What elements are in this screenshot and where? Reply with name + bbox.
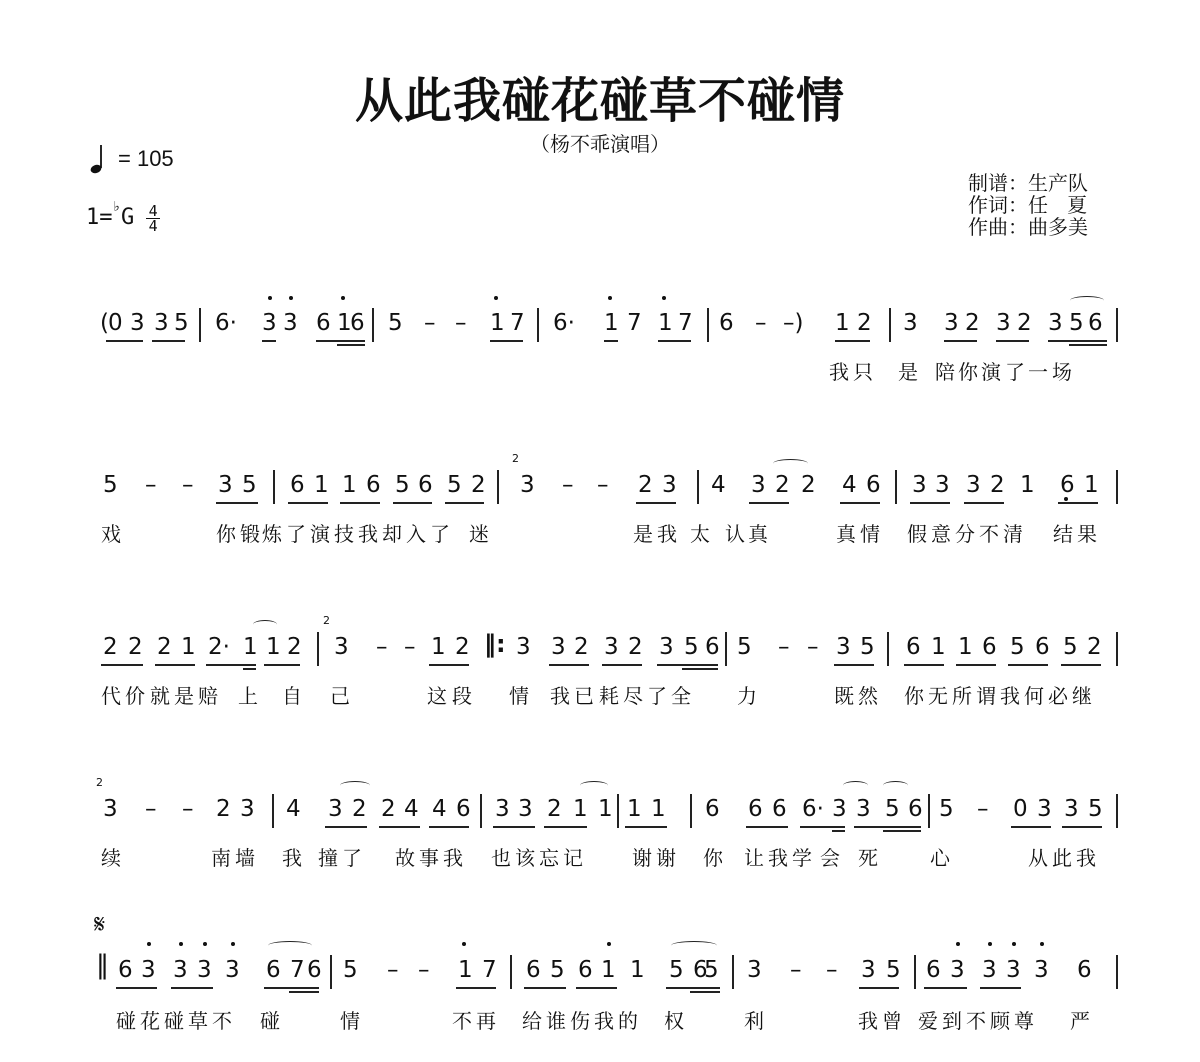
- lyric-char: 碰: [116, 1005, 136, 1034]
- underline-beam: [746, 826, 788, 828]
- lyric-char: 真: [836, 518, 856, 547]
- underline-beam: [956, 664, 996, 666]
- note: 7: [678, 310, 693, 336]
- underline-beam: [1008, 664, 1048, 666]
- slur-arc: [843, 781, 868, 790]
- note: 6: [418, 472, 433, 498]
- underline-beam: [337, 340, 365, 342]
- note: 6·: [802, 796, 824, 822]
- note: –: [597, 472, 609, 498]
- underline-beam: [445, 502, 484, 504]
- lyric-char: 权: [664, 1005, 684, 1034]
- lyric-char: 爱: [918, 1005, 938, 1034]
- note: 1: [651, 796, 666, 822]
- note: 6: [1077, 957, 1092, 983]
- note: 1: [342, 472, 357, 498]
- lyric-char: 代: [101, 680, 121, 709]
- note: 7: [627, 310, 642, 336]
- note: 6: [350, 310, 365, 336]
- note: 5: [447, 472, 462, 498]
- lyric-char: 你: [216, 518, 236, 547]
- grace-note: 2: [512, 452, 519, 465]
- note: 5: [704, 957, 719, 983]
- note: 2: [381, 796, 396, 822]
- note: 3: [328, 796, 343, 822]
- barline: [889, 308, 891, 342]
- lyric-char: 了: [286, 518, 306, 547]
- lyric-char: 花: [140, 1005, 160, 1034]
- barline: [895, 470, 897, 504]
- note: 1: [1020, 472, 1035, 498]
- lyric-char: 不: [966, 1005, 986, 1034]
- underline-beam: [980, 987, 1021, 989]
- note: 1: [266, 634, 281, 660]
- note: 2·: [208, 634, 230, 660]
- octave-dot: [956, 942, 960, 946]
- underline-beam: [800, 826, 845, 828]
- lyric-char: 会: [820, 842, 840, 871]
- lyric-char: 上: [238, 680, 258, 709]
- lyric-char: 记: [563, 842, 583, 871]
- slur-arc: [1070, 296, 1104, 305]
- lyrics-row: 碰花碰草不碰情不再给谁伤我的权利我曾爱到不顾尊严: [0, 1005, 1200, 1035]
- note: 1: [958, 634, 973, 660]
- lyrics-row: 戏你锻炼了演技我却入了迷是我太认真真情假意分不清结果: [0, 518, 1200, 548]
- underline-beam: [666, 987, 720, 989]
- song-title: 从此我碰花碰草不碰情: [0, 62, 1200, 131]
- underline-beam: [944, 340, 977, 342]
- lyric-char: 我: [768, 842, 788, 871]
- underline-beam: [964, 502, 1004, 504]
- note: 1: [243, 634, 258, 660]
- note: 1: [601, 957, 616, 983]
- note: 6: [866, 472, 881, 498]
- lyric-char: 此: [1052, 842, 1072, 871]
- lyric-char: 学: [792, 842, 812, 871]
- lyric-char: 谓: [976, 680, 996, 709]
- lyric-char: 我: [282, 842, 302, 871]
- underline-beam: [340, 502, 380, 504]
- underline-beam: [379, 826, 420, 828]
- underline-beam: [657, 664, 718, 666]
- lyric-char: 顾: [990, 1005, 1010, 1034]
- lyric-char: 谁: [546, 1005, 566, 1034]
- lyric-char: 迷: [469, 518, 489, 547]
- lyric-char: 让: [744, 842, 764, 871]
- lyric-char: 故: [395, 842, 415, 871]
- note: 2: [157, 634, 172, 660]
- note: 6: [578, 957, 593, 983]
- octave-dot: [179, 942, 183, 946]
- octave-dot: [608, 296, 612, 300]
- lyric-char: 所: [952, 680, 972, 709]
- key-prefix: 1=: [86, 205, 113, 230]
- note: 3: [1037, 796, 1052, 822]
- note: 4: [404, 796, 419, 822]
- lyric-char: 既: [834, 680, 854, 709]
- lyric-char: 演: [981, 356, 1001, 385]
- lyric-char: 入: [406, 518, 426, 547]
- lyric-char: 何: [1024, 680, 1044, 709]
- note: 3: [141, 957, 156, 983]
- underline-beam: [832, 830, 845, 832]
- barline: [272, 794, 274, 828]
- octave-dot: [147, 942, 151, 946]
- note: 6: [982, 634, 997, 660]
- underline-beam: [636, 502, 676, 504]
- lyric-char: 也: [491, 842, 511, 871]
- lyric-char: 情: [860, 518, 880, 547]
- barline: [199, 308, 201, 342]
- note: 5: [737, 634, 752, 660]
- note: 6: [290, 472, 305, 498]
- underline-beam: [524, 987, 566, 989]
- note: –: [826, 957, 838, 983]
- underline-beam: [576, 987, 617, 989]
- note: 6: [1088, 310, 1103, 336]
- underline-beam: [289, 991, 319, 993]
- note: 1: [630, 957, 645, 983]
- note: 5: [103, 472, 118, 498]
- note: 3: [747, 957, 762, 983]
- grace-note: 2: [96, 776, 103, 789]
- note: 5: [343, 957, 358, 983]
- note: –: [404, 634, 416, 660]
- underline-beam: [1061, 664, 1101, 666]
- underline-beam: [393, 502, 432, 504]
- lyric-char: 墙: [235, 842, 255, 871]
- underline-beam: [910, 502, 950, 504]
- note: 6·: [215, 310, 237, 336]
- note: 1: [931, 634, 946, 660]
- underline-beam: [264, 987, 319, 989]
- barline: [928, 794, 930, 828]
- lyric-char: 只: [853, 356, 873, 385]
- segno-icon: 𝄋: [94, 910, 105, 941]
- note: 2: [128, 634, 143, 660]
- note: 2: [547, 796, 562, 822]
- barline: [372, 308, 374, 342]
- note: 3: [518, 796, 533, 822]
- lyric-char: 然: [858, 680, 878, 709]
- barline: [1116, 794, 1118, 828]
- underline-beam: [749, 502, 789, 504]
- lyric-char: 我: [550, 680, 570, 709]
- note: 2: [471, 472, 486, 498]
- underline-beam: [1058, 502, 1098, 504]
- note: 4: [432, 796, 447, 822]
- underline-beam: [1062, 826, 1102, 828]
- time-signature: 4 4: [146, 204, 160, 233]
- barline: [537, 308, 539, 342]
- lyric-char: 炼: [262, 518, 282, 547]
- underline-beam: [243, 668, 256, 670]
- note: –: [387, 957, 399, 983]
- note: 5: [388, 310, 403, 336]
- lyric-char: 心: [930, 842, 950, 871]
- note: 3: [551, 634, 566, 660]
- lyrics-row: 续南墙我撞了故事我也该忘记谢谢你让我学会死心从此我: [0, 842, 1200, 872]
- note: 6: [705, 634, 720, 660]
- note: 1: [490, 310, 505, 336]
- note: 4: [711, 472, 726, 498]
- note: 1: [1084, 472, 1099, 498]
- note: 2: [857, 310, 872, 336]
- underline-beam: [456, 987, 496, 989]
- note: 5: [242, 472, 257, 498]
- lyric-char: 陪: [935, 356, 955, 385]
- note: 3: [1006, 957, 1021, 983]
- lyric-char: 我: [829, 356, 849, 385]
- slur-arc: [340, 781, 370, 790]
- lyric-char: 从: [1028, 842, 1048, 871]
- note: 2: [103, 634, 118, 660]
- lyric-char: 你: [703, 842, 723, 871]
- note: 5: [886, 957, 901, 983]
- underline-beam: [835, 340, 870, 342]
- octave-dot: [462, 942, 466, 946]
- lyric-char: 却: [382, 518, 402, 547]
- underline-beam: [625, 826, 667, 828]
- note: 6: [526, 957, 541, 983]
- underline-beam: [1011, 826, 1051, 828]
- note: 3: [225, 957, 240, 983]
- note: 3: [240, 796, 255, 822]
- octave-dot: [268, 296, 272, 300]
- lyric-char: 的: [618, 1005, 638, 1034]
- note: 5: [939, 796, 954, 822]
- underline-beam: [493, 826, 535, 828]
- lyric-char: 南: [211, 842, 231, 871]
- lyric-char: 是: [174, 680, 194, 709]
- lyric-char: 赔: [198, 680, 218, 709]
- lyric-char: 忘: [539, 842, 559, 871]
- song-subtitle: （杨不乖演唱）: [0, 128, 1200, 157]
- note: 3: [130, 310, 145, 336]
- slur-arc: [671, 941, 717, 950]
- note: –: [376, 634, 388, 660]
- barline: [690, 794, 692, 828]
- note: 6: [266, 957, 281, 983]
- time-top: 4: [149, 204, 158, 218]
- barline: [497, 470, 499, 504]
- note: –: [977, 796, 989, 822]
- barline: [330, 955, 332, 989]
- octave-dot: [1040, 942, 1044, 946]
- lyric-char: 严: [1070, 1005, 1090, 1034]
- note: 2: [352, 796, 367, 822]
- note: 2: [455, 634, 470, 660]
- lyric-char: 伤: [570, 1005, 590, 1034]
- note: 3: [218, 472, 233, 498]
- lyric-char: 我: [594, 1005, 614, 1034]
- lyric-char: 耗: [599, 680, 619, 709]
- lyric-char: 我: [657, 518, 677, 547]
- octave-dot: [231, 942, 235, 946]
- slur-arc: [268, 941, 312, 950]
- barline: [273, 470, 275, 504]
- underline-beam: [288, 502, 328, 504]
- key-tonic: G: [121, 205, 134, 230]
- note: 0: [108, 310, 123, 336]
- note: 2: [965, 310, 980, 336]
- lyric-char: 你: [904, 680, 924, 709]
- lyric-char: 不: [979, 518, 999, 547]
- note: 5: [395, 472, 410, 498]
- underline-beam: [337, 344, 365, 346]
- underline-beam: [544, 826, 587, 828]
- note: 6: [719, 310, 734, 336]
- lyric-char: 利: [744, 1005, 764, 1034]
- credit-composer: 作曲：曲多美: [968, 216, 1088, 238]
- lyric-char: 段: [452, 680, 472, 709]
- note: 3: [966, 472, 981, 498]
- lyric-char: 已: [574, 680, 594, 709]
- lyric-char: 谢: [656, 842, 676, 871]
- slur-arc: [253, 620, 277, 629]
- note: 6: [316, 310, 331, 336]
- barline: [1116, 632, 1118, 666]
- lyric-char: 给: [522, 1005, 542, 1034]
- note: –: [145, 796, 157, 822]
- lyric-char: 情: [509, 680, 529, 709]
- lyric-char: 草: [188, 1005, 208, 1034]
- underline-beam: [1048, 340, 1107, 342]
- note: –: [562, 472, 574, 498]
- note: 6: [926, 957, 941, 983]
- underline-beam: [859, 987, 899, 989]
- note: 5: [885, 796, 900, 822]
- underline-beam: [106, 340, 143, 342]
- barline: [317, 632, 319, 666]
- note: 3: [903, 310, 918, 336]
- note: 1: [598, 796, 613, 822]
- octave-dot: [1064, 497, 1068, 501]
- credit-lyricist: 作词：任 夏: [968, 194, 1088, 216]
- note: 1: [604, 310, 619, 336]
- note: 3: [1034, 957, 1049, 983]
- notation-row: 22212·1123––12332323565––3561165652: [0, 628, 1200, 672]
- lyric-char: 价: [125, 680, 145, 709]
- note: 3: [334, 634, 349, 660]
- note: 3: [1048, 310, 1063, 336]
- lyric-char: 我: [443, 842, 463, 871]
- underline-beam: [171, 987, 213, 989]
- note: 5: [860, 634, 875, 660]
- octave-dot: [494, 296, 498, 300]
- note: 3: [912, 472, 927, 498]
- lyric-char: 我: [1076, 842, 1096, 871]
- note: 3: [935, 472, 950, 498]
- underline-beam: [101, 664, 143, 666]
- lyric-char: 死: [858, 842, 878, 871]
- note: 2: [1017, 310, 1032, 336]
- lyric-char: 继: [1072, 680, 1092, 709]
- octave-dot: [289, 296, 293, 300]
- grace-note: 2: [323, 614, 330, 627]
- note: 6: [748, 796, 763, 822]
- lyric-char: 到: [942, 1005, 962, 1034]
- lyric-char: 结: [1053, 518, 1073, 547]
- lyrics-row: 代价就是赔上自己这段情我已耗尽了全力既然你无所谓我何必继: [0, 680, 1200, 710]
- lyric-char: 不: [212, 1005, 232, 1034]
- note: 1: [314, 472, 329, 498]
- lyric-char: 事: [419, 842, 439, 871]
- note: –: [807, 634, 819, 660]
- underline-beam: [206, 664, 256, 666]
- note: 5: [684, 634, 699, 660]
- lyric-char: 该: [515, 842, 535, 871]
- underline-beam: [490, 340, 523, 342]
- lyric-char: 我: [858, 1005, 878, 1034]
- note: 3: [832, 796, 847, 822]
- barline: [887, 632, 889, 666]
- note: 6: [908, 796, 923, 822]
- underline-beam: [429, 664, 469, 666]
- underline-beam: [116, 987, 157, 989]
- note: 3: [950, 957, 965, 983]
- lyric-char: 尊: [1014, 1005, 1034, 1034]
- lyric-char: 是: [633, 518, 653, 547]
- note: 3: [516, 634, 531, 660]
- barline: [914, 955, 916, 989]
- underline-beam: [996, 340, 1029, 342]
- underline-beam: [658, 340, 691, 342]
- lyric-char: 假: [907, 518, 927, 547]
- barline: [1116, 308, 1118, 342]
- lyric-char: 分: [955, 518, 975, 547]
- notation-row: 5––35611656523––234322463332161: [0, 466, 1200, 510]
- lyric-char: 太: [690, 518, 710, 547]
- double-barline: ‖: [96, 950, 109, 980]
- underline-beam: [325, 826, 367, 828]
- credits: 制谱：生产队 作词：任 夏 作曲：曲多美: [968, 172, 1088, 238]
- lyric-char: 演: [310, 518, 330, 547]
- lyric-char: 场: [1052, 356, 1072, 385]
- note: 1: [573, 796, 588, 822]
- underline-beam: [690, 991, 720, 993]
- underline-beam: [854, 826, 921, 828]
- note: 0: [1013, 796, 1028, 822]
- lyric-char: 就: [150, 680, 170, 709]
- note: 2: [628, 634, 643, 660]
- note: 7: [510, 310, 525, 336]
- octave-dot: [1012, 942, 1016, 946]
- lyric-char: 全: [671, 680, 691, 709]
- note: 6·: [553, 310, 575, 336]
- note: 3: [604, 634, 619, 660]
- tempo-marking: = 105: [88, 144, 174, 174]
- note: 6: [456, 796, 471, 822]
- lyric-char: 清: [1003, 518, 1023, 547]
- note: –: [145, 472, 157, 498]
- lyric-char: 意: [931, 518, 951, 547]
- note: –: [778, 634, 790, 660]
- note: –: [755, 310, 767, 336]
- note: 5: [1010, 634, 1025, 660]
- lyric-char: 碰: [164, 1005, 184, 1034]
- flat-icon: ♭: [113, 199, 121, 215]
- barline: [707, 308, 709, 342]
- note: –: [424, 310, 436, 336]
- note: 6: [705, 796, 720, 822]
- lyric-char: 了: [1005, 356, 1025, 385]
- lyric-char: 撞: [318, 842, 338, 871]
- note: 2: [638, 472, 653, 498]
- barline: [732, 955, 734, 989]
- lyric-char: 碰: [260, 1005, 280, 1034]
- lyric-char: 我: [1000, 680, 1020, 709]
